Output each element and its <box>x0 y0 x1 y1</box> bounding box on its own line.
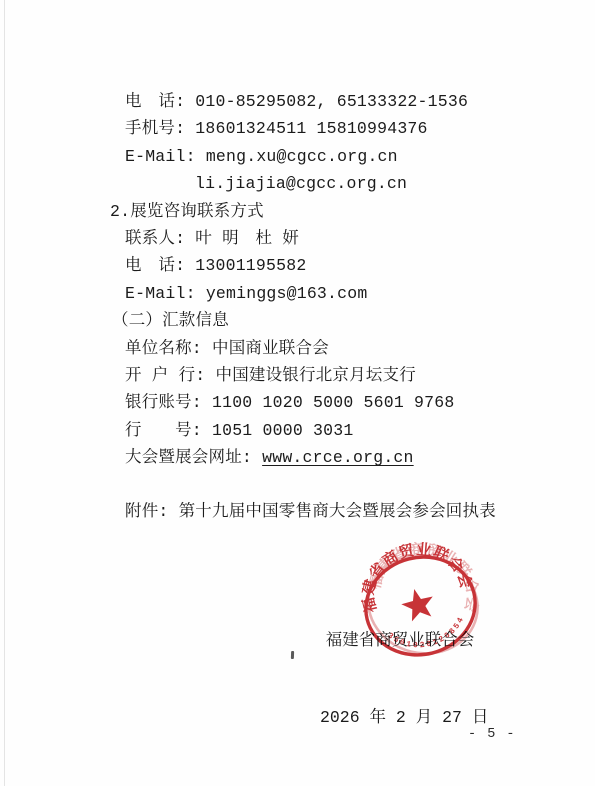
section-heading-remittance-info: （二）汇款信息 <box>110 307 570 334</box>
document-body: 电 话: 010-85295082, 65133322-1536 手机号: 18… <box>110 88 570 472</box>
bank-branch-line: 开 户 行: 中国建设银行北京月坛支行 <box>110 362 570 389</box>
phone-line-1: 电 话: 010-85295082, 65133322-1536 <box>110 88 570 115</box>
website-line: 大会暨展会网址: www.crce.org.cn <box>110 444 570 471</box>
signature-org-name: 福建省商贸业联合会 <box>320 628 480 654</box>
email-line-1: E-Mail: meng.xu@cgcc.org.cn <box>110 143 570 170</box>
phone-line-2: 电 话: 13001195582 <box>110 252 570 279</box>
mobile-line: 手机号: 18601324511 15810994376 <box>110 115 570 142</box>
scan-speck <box>291 651 294 659</box>
signature-date: 2026 年 2 月 27 日 <box>320 705 480 731</box>
signature-block: 福建省商贸业联合会 2026 年 2 月 27 日 <box>320 577 480 781</box>
bank-account-number-line: 银行账号: 1100 1020 5000 5601 9768 <box>110 389 570 416</box>
document-page: 电 话: 010-85295082, 65133322-1536 手机号: 18… <box>0 0 595 786</box>
email-line-3: E-Mail: yeminggs@163.com <box>110 280 570 307</box>
section-heading-exhibition-contact: 2.展览咨询联系方式 <box>110 198 570 225</box>
website-label: 大会暨展会网址: <box>125 448 262 467</box>
bank-code-line: 行 号: 1051 0000 3031 <box>110 417 570 444</box>
page-left-edge <box>4 0 5 786</box>
email-line-2: li.jiajia@cgcc.org.cn <box>110 170 570 197</box>
account-name-line: 单位名称: 中国商业联合会 <box>110 335 570 362</box>
attachment-line: 附件: 第十九届中国零售商大会暨展会参会回执表 <box>125 497 496 521</box>
contact-person-line: 联系人: 叶 明 杜 妍 <box>110 225 570 252</box>
website-url: www.crce.org.cn <box>262 448 414 467</box>
